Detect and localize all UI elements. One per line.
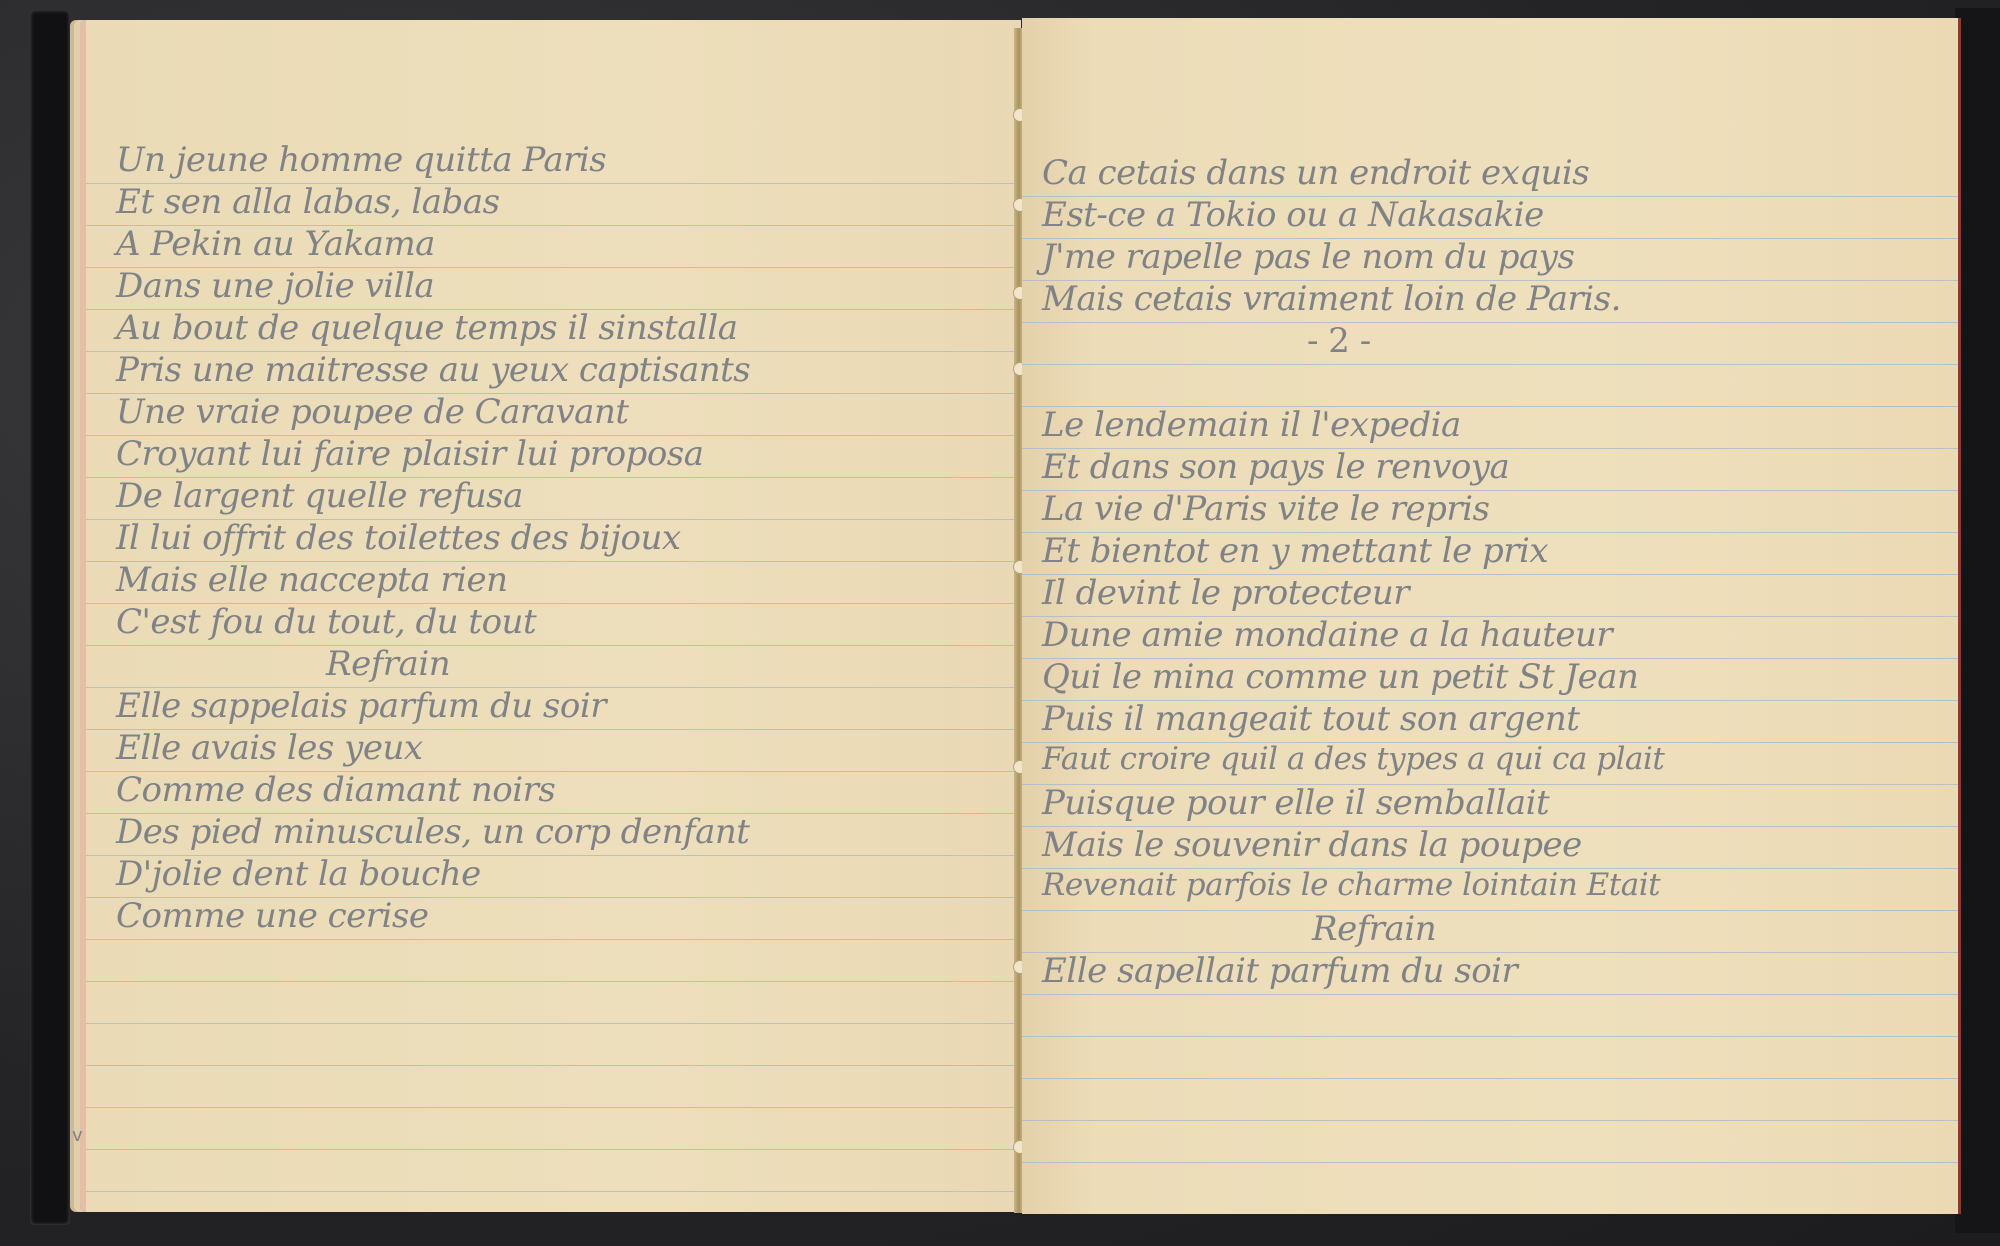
handwritten-line: Il devint le protecteur: [1042, 573, 1409, 613]
handwritten-line: Et sen alla labas, labas: [116, 182, 500, 222]
handwritten-line: Et dans son pays le renvoya: [1042, 447, 1509, 487]
ruling-line: [86, 1065, 1021, 1066]
cover-edge-right: [1955, 8, 2000, 1233]
handwritten-line: Une vraie poupee de Caravant: [116, 392, 629, 432]
ruling-line: [1022, 1162, 1958, 1163]
handwritten-line: Au bout de quelque temps il sinstalla: [116, 308, 738, 348]
handwritten-line: Mais cetais vraiment loin de Paris.: [1042, 279, 1621, 319]
margin-check-mark: v: [72, 1125, 83, 1146]
handwritten-line: Elle avais les yeux: [116, 728, 423, 768]
section-number: - 2 -: [1307, 321, 1371, 361]
handwritten-line: Dune amie mondaine a la hauteur: [1042, 615, 1612, 655]
handwritten-line: Il lui offrit des toilettes des bijoux: [116, 518, 681, 558]
handwritten-line: Un jeune homme quitta Paris: [116, 140, 606, 180]
handwritten-line: A Pekin au Yakama: [116, 224, 435, 264]
handwritten-line: Pris une maitresse au yeux captisants: [116, 350, 750, 390]
ruling-line: [1022, 910, 1958, 911]
handwritten-line: Dans une jolie villa: [116, 266, 434, 306]
ruling-line: [1022, 322, 1958, 323]
handwritten-line: Qui le mina comme un petit St Jean: [1042, 657, 1638, 697]
ruling-line: [86, 1023, 1021, 1024]
ruling-line: [1022, 994, 1958, 995]
ruling-line: [86, 1149, 1021, 1150]
handwritten-line: Elle sappelais parfum du soir: [116, 686, 606, 726]
ruling-line: [86, 1107, 1021, 1108]
handwritten-line: Puisque pour elle il semballait: [1042, 783, 1549, 823]
refrain-heading: Refrain: [1312, 909, 1436, 949]
handwritten-line: Et bientot en y mettant le prix: [1042, 531, 1548, 571]
handwritten-line: Comme des diamant noirs: [116, 770, 555, 810]
ruling-line: [86, 939, 1021, 940]
right-page: Ca cetais dans un endroit exquis Est-ce …: [1022, 18, 1961, 1214]
handwritten-line: J'me rapelle pas le nom du pays: [1042, 237, 1574, 277]
ruling-line: [86, 1191, 1021, 1192]
refrain-heading: Refrain: [326, 644, 450, 684]
ruling-line: [86, 981, 1021, 982]
cover-spine-edge-left: [30, 10, 70, 1225]
handwritten-line: Est-ce a Tokio ou a Nakasakie: [1042, 195, 1544, 235]
handwritten-line: Comme une cerise: [116, 896, 428, 936]
handwritten-line: La vie d'Paris vite le repris: [1042, 489, 1489, 529]
handwritten-line: Faut croire quil a des types a qui ca pl…: [1042, 741, 1664, 777]
ruling-line: [1022, 1120, 1958, 1121]
handwritten-line: C'est fou du tout, du tout: [116, 602, 536, 642]
ruling-line: [86, 645, 1021, 646]
handwritten-line: Le lendemain il l'expedia: [1042, 405, 1461, 445]
handwritten-line: Mais le souvenir dans la poupee: [1042, 825, 1582, 865]
handwritten-line: Ca cetais dans un endroit exquis: [1042, 153, 1589, 193]
handwritten-line: Puis il mangeait tout son argent: [1042, 699, 1579, 739]
handwritten-line: D'jolie dent la bouche: [116, 854, 481, 894]
handwritten-line: Des pied minuscules, un corp denfant: [116, 812, 749, 852]
handwritten-line: Revenait parfois le charme lointain Etai…: [1042, 867, 1660, 903]
handwritten-line: De largent quelle refusa: [116, 476, 523, 516]
ruling-line: [1022, 364, 1958, 365]
handwritten-line: Elle sapellait parfum du soir: [1042, 951, 1517, 991]
ruling-line: [1022, 1036, 1958, 1037]
ruling-line: [1022, 1078, 1958, 1079]
handwritten-line: Croyant lui faire plaisir lui proposa: [116, 434, 704, 474]
handwritten-line: Mais elle naccepta rien: [116, 560, 508, 600]
left-page: Un jeune homme quitta Paris Et sen alla …: [80, 20, 1021, 1212]
